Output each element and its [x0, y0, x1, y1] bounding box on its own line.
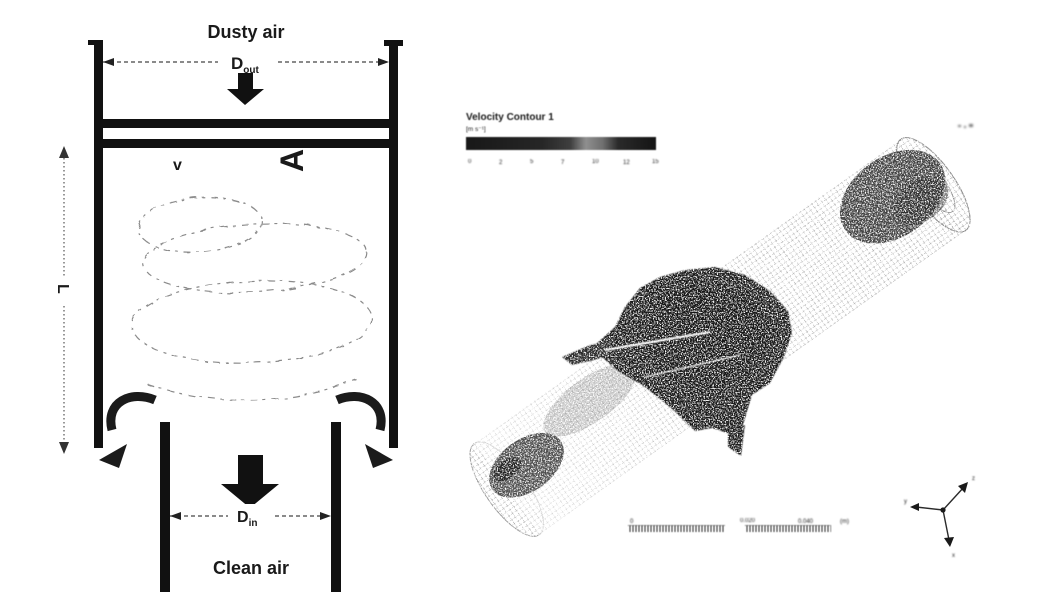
- ruler-unit: (m): [840, 519, 849, 525]
- legend-tick-labels: 0 2 5 7 10 12 15: [468, 159, 659, 166]
- schematic-diagram: Dusty air Dout v: [35, 12, 445, 592]
- area-label: A: [274, 149, 310, 172]
- svg-text:y: y: [904, 499, 907, 505]
- svg-text:z: z: [972, 476, 975, 482]
- outlet-flow-arrow-icon: [221, 455, 279, 508]
- velocity-label: v: [173, 157, 182, 174]
- legend-colorbar: [466, 137, 656, 150]
- svg-text:15: 15: [652, 159, 659, 165]
- axis-triad-icon: z x y: [904, 476, 975, 559]
- height-label: L: [54, 284, 71, 294]
- inlet-flow-arrow-icon: [227, 73, 264, 105]
- svg-text:7: 7: [561, 160, 565, 166]
- annular-plates: [94, 119, 398, 148]
- svg-text:0.040: 0.040: [798, 519, 814, 525]
- svg-text:5: 5: [530, 159, 534, 165]
- svg-text:0.020: 0.020: [740, 518, 756, 524]
- corner-smudge: [958, 124, 973, 128]
- cylinder-mesh: [457, 127, 983, 547]
- dusty-air-label: Dusty air: [207, 22, 284, 42]
- svg-text:0: 0: [630, 519, 634, 525]
- dimension-line-dout: Dout: [103, 50, 389, 76]
- scale-ruler: 0 0.020 0.040 (m): [628, 518, 849, 532]
- svg-text:x: x: [952, 553, 955, 559]
- cfd-visualization: Velocity Contour 1 [m s⁻¹] 0 2 5 7 10 12…: [440, 95, 1046, 598]
- swirl-spiral: [131, 194, 374, 400]
- cyclone-separator-figure: Dusty air Dout v: [0, 0, 1046, 598]
- svg-text:12: 12: [623, 160, 630, 166]
- svg-text:0: 0: [468, 159, 472, 165]
- dimension-line-din: Din: [170, 504, 331, 529]
- dimension-line-height: L: [54, 146, 74, 454]
- velocity-legend: Velocity Contour 1 [m s⁻¹] 0 2 5 7 10 12…: [466, 112, 659, 166]
- legend-title: Velocity Contour 1: [466, 112, 554, 123]
- svg-text:10: 10: [592, 159, 599, 165]
- clean-air-label: Clean air: [213, 558, 289, 578]
- legend-units: [m s⁻¹]: [466, 126, 486, 133]
- svg-text:2: 2: [499, 160, 503, 166]
